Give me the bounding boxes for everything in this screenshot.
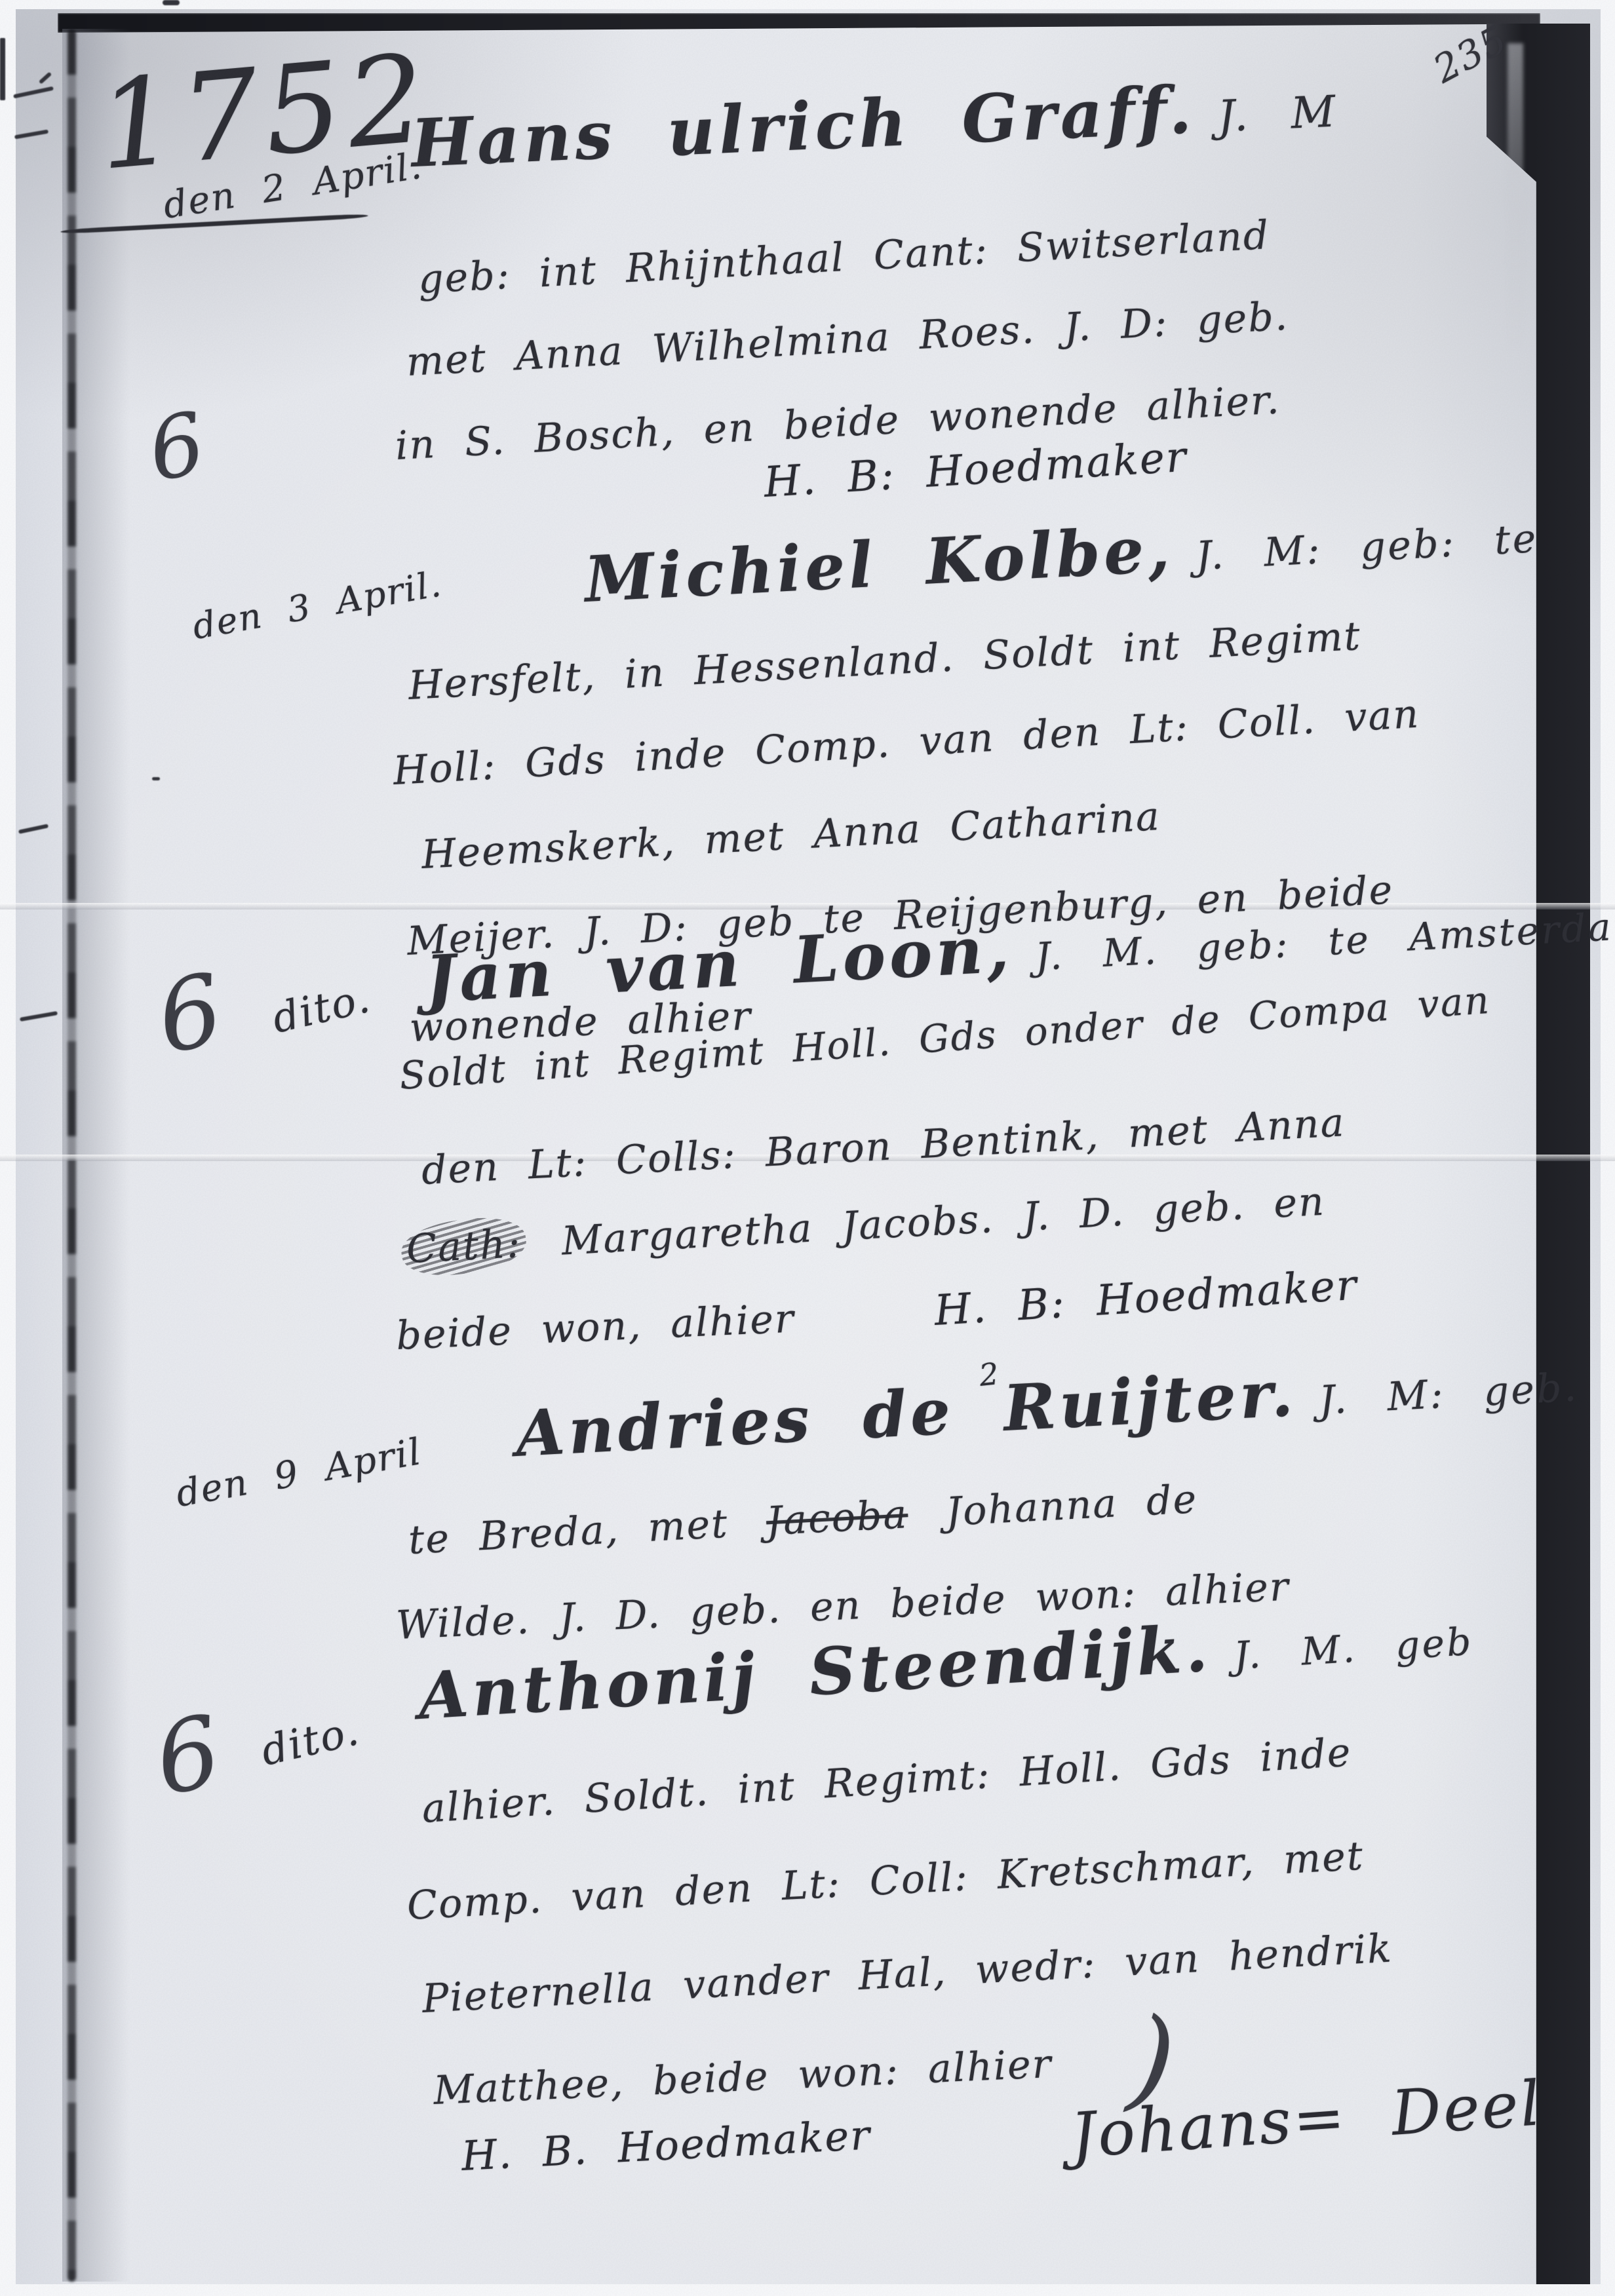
scan-edge-mark: [0, 38, 5, 100]
status-abbreviation: J. M: [1216, 86, 1338, 142]
ink-dot: [152, 777, 160, 780]
crossed-out-word: Jacoba: [765, 1491, 909, 1544]
page-edge-highlight: [1508, 43, 1523, 351]
status-abbreviation: J. M: geb.: [1318, 1364, 1580, 1424]
status-abbreviation: J. M. geb: [1232, 1619, 1474, 1678]
crossed-out-word: Cath:: [405, 1221, 522, 1272]
scan-edge-mark: [163, 0, 180, 5]
document-scan: 1752 235 den 2 April. Hans ulrich Graff.…: [0, 0, 1615, 2296]
